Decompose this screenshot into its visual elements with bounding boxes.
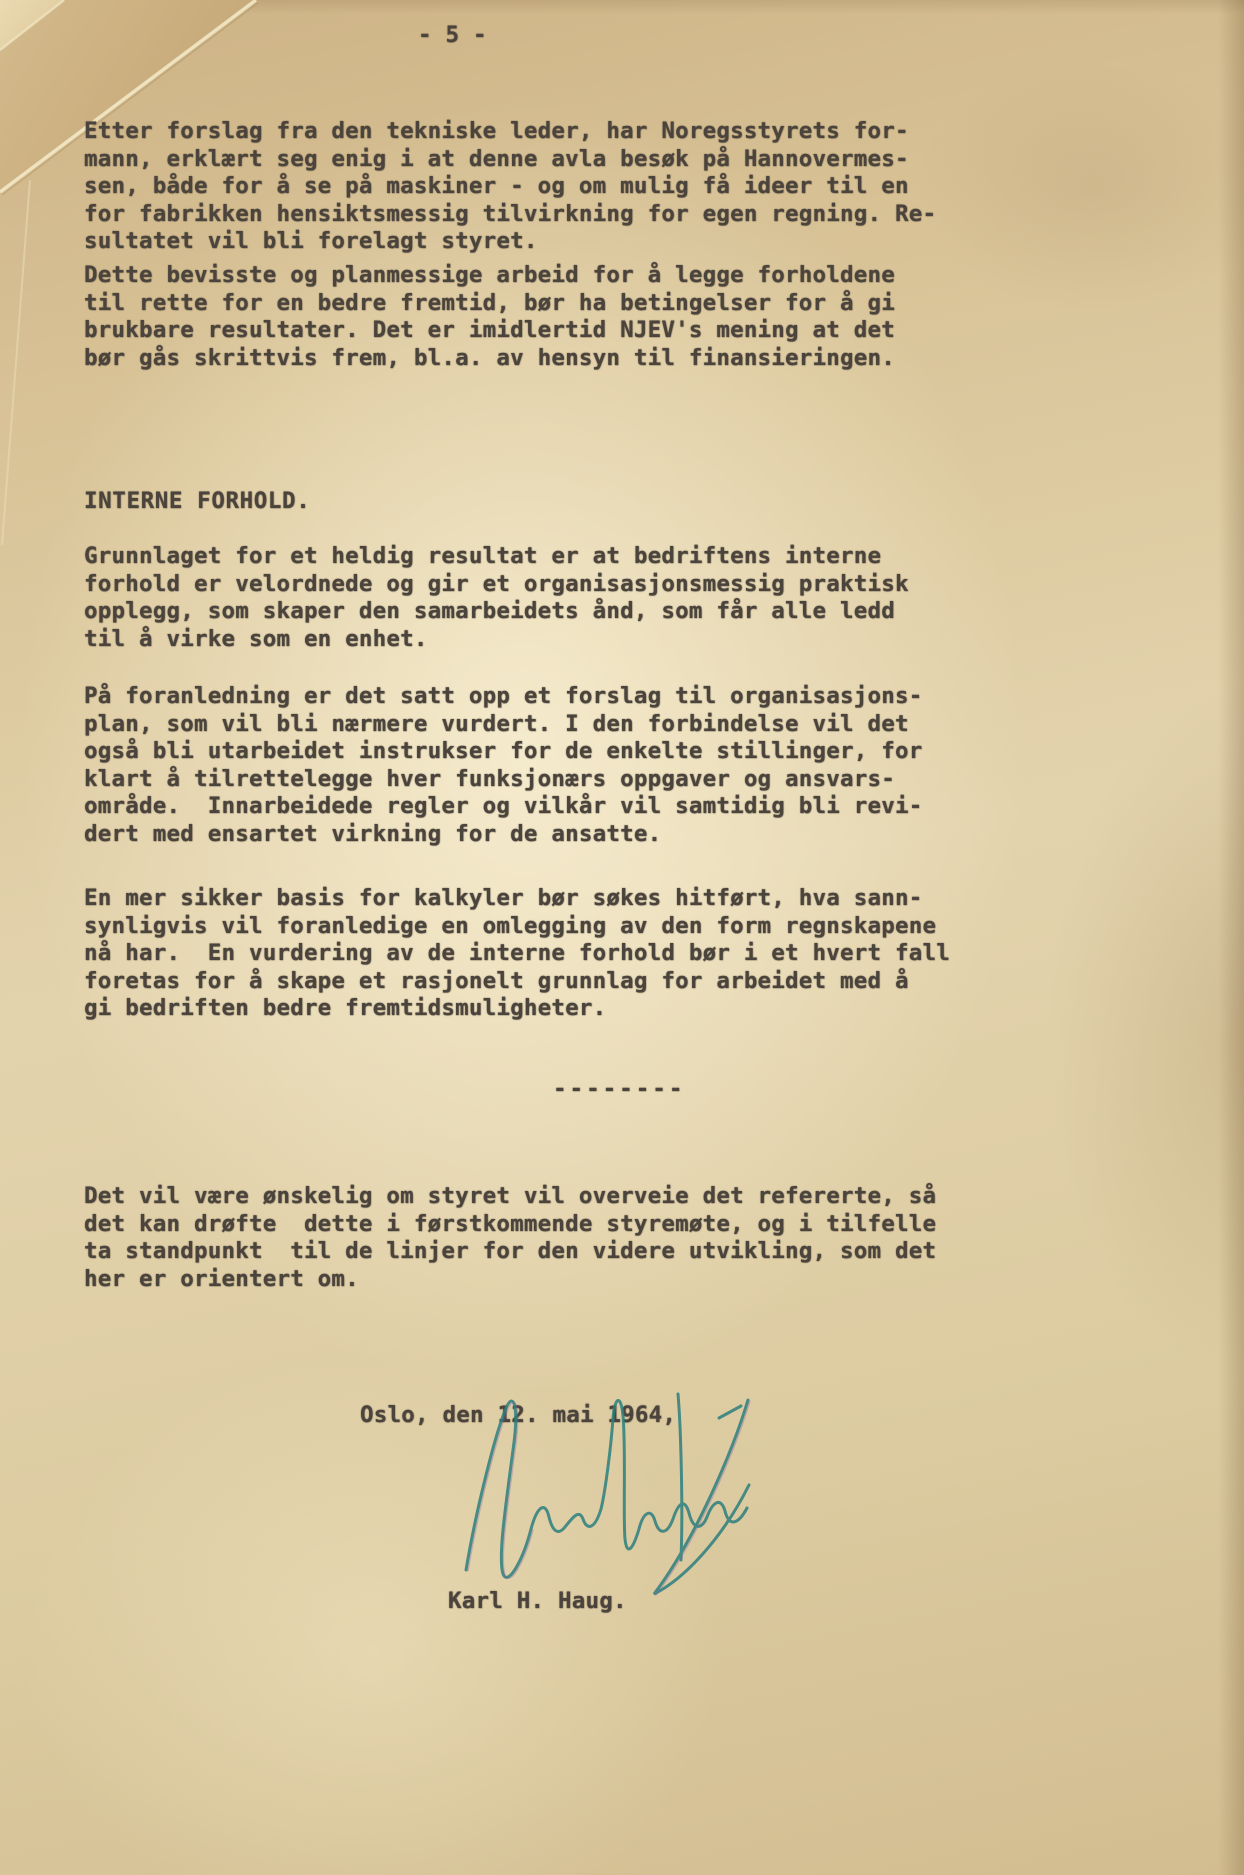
paper-edge-shadow-right bbox=[1218, 0, 1244, 1875]
signature-typed-name: Karl H. Haug. bbox=[448, 1588, 627, 1616]
paragraph-hannover-visit: Etter forslag fra den tekniske leder, ha… bbox=[84, 118, 936, 256]
paragraph-organisasjonsplan: På foranledning er det satt opp et forsl… bbox=[84, 683, 923, 848]
page-number: - 5 - bbox=[418, 22, 487, 50]
paragraph-grunnlaget: Grunnlaget for et heldig resultat er at … bbox=[84, 543, 909, 653]
handwritten-signature bbox=[452, 1388, 772, 1613]
paragraph-kalkyler: En mer sikker basis for kalkyler bør søk… bbox=[84, 885, 950, 1023]
paragraph-planned-work: Dette bevisste og planmessige arbeid for… bbox=[84, 262, 895, 372]
section-heading-interne-forhold: INTERNE FORHOLD. bbox=[84, 488, 310, 516]
paragraph-closing: Det vil være ønskelig om styret vil over… bbox=[84, 1183, 936, 1293]
separator-dashes: -------- bbox=[553, 1076, 685, 1104]
